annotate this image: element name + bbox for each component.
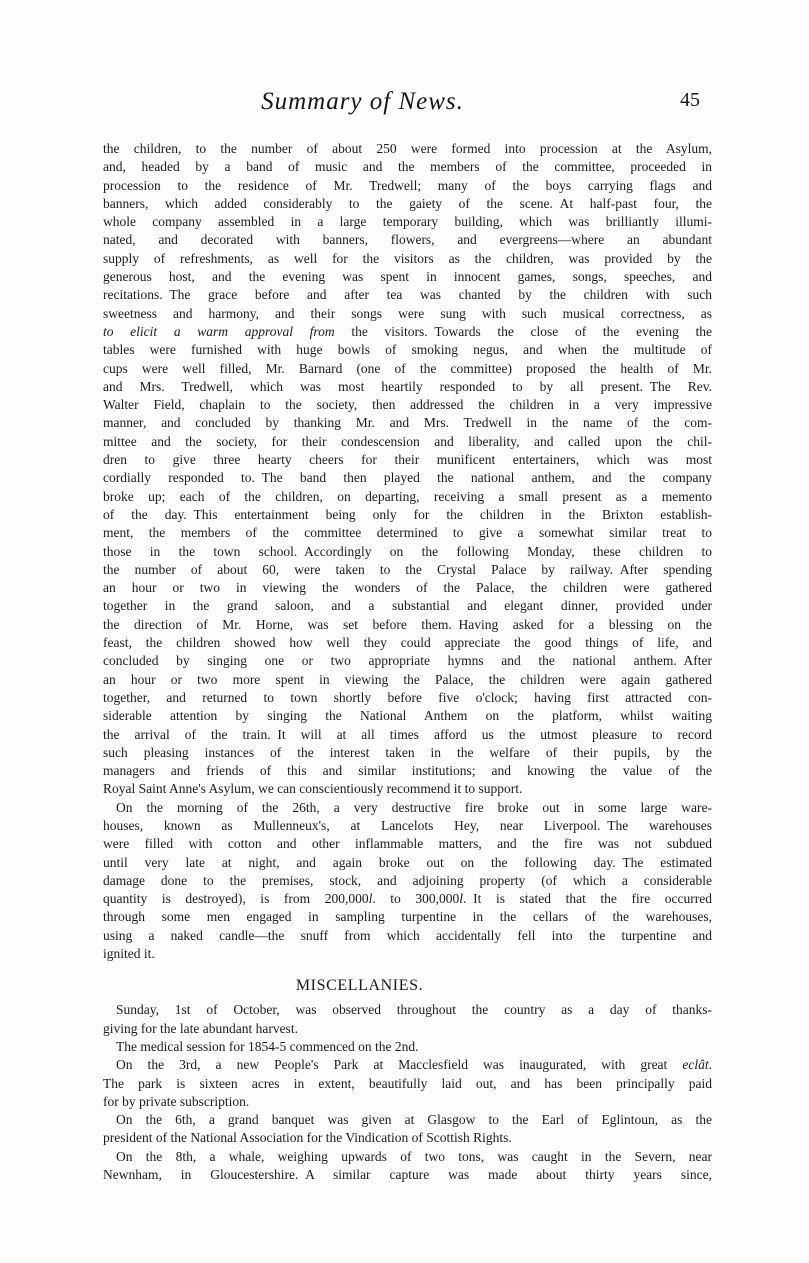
text-segment: The park is sixteen acres in extent, bea…	[103, 1076, 712, 1091]
text-line: damage done to the premises, stock, and …	[103, 872, 712, 890]
page: Summary of News. 45 the children, to the…	[0, 0, 809, 1263]
text-segment: cordially responded to. The band then pl…	[103, 470, 712, 485]
text-segment: the number of about 60, were taken to th…	[103, 562, 712, 577]
text-line: president of the National Association fo…	[103, 1129, 712, 1147]
text-line: manner, and concluded by thanking Mr. an…	[103, 414, 712, 432]
text-line: concluded by singing one or two appropri…	[103, 652, 712, 670]
text-segment: recitations. The grace before and after …	[103, 287, 712, 302]
italic-text: to elicit a warm approval from	[103, 324, 335, 339]
text-line: The medical session for 1854-5 commenced…	[103, 1038, 712, 1056]
text-line: whole company assembled in a large tempo…	[103, 213, 712, 231]
text-segment: broke up; each of the children, on depar…	[103, 489, 712, 504]
text-line: together, and returned to town shortly b…	[103, 689, 712, 707]
text-segment: the arrival of the train. It will at all…	[103, 727, 712, 742]
text-segment: president of the National Association fo…	[103, 1130, 512, 1145]
text-line: houses, known as Mullenneux's, at Lancel…	[103, 817, 712, 835]
text-segment: using a naked candle—the snuff from whic…	[103, 928, 712, 943]
paragraph: On the 3rd, a new People's Park at Maccl…	[103, 1056, 712, 1111]
text-segment: the children, to the number of about 250…	[103, 141, 712, 156]
text-line: feast, the children showed how well they…	[103, 634, 712, 652]
text-segment: feast, the children showed how well they…	[103, 635, 712, 650]
text-line: giving for the late abundant harvest.	[103, 1020, 712, 1038]
text-segment: an hour or two in viewing the wonders of…	[103, 580, 712, 595]
paragraph: The medical session for 1854-5 commenced…	[103, 1038, 712, 1056]
text-segment: for by private subscription.	[103, 1094, 249, 1109]
text-line: for by private subscription.	[103, 1093, 712, 1111]
text-line: together in the grand saloon, and a subs…	[103, 597, 712, 615]
text-segment: Walter Field, chaplain to the society, t…	[103, 397, 712, 412]
text-line: dren to give three hearty cheers for the…	[103, 451, 712, 469]
page-header: Summary of News. 45	[103, 88, 712, 140]
text-line: such pleasing instances of the interest …	[103, 744, 712, 762]
text-segment: ment, the members of the committee deter…	[103, 525, 712, 540]
text-line: the children, to the number of about 250…	[103, 140, 712, 158]
text-line: quantity is destroyed), is from 200,000l…	[103, 890, 712, 908]
text-line: mittee and the society, for their condes…	[103, 433, 712, 451]
text-line: and Mrs. Tredwell, which was most hearti…	[103, 378, 712, 396]
text-line: The park is sixteen acres in extent, bea…	[103, 1075, 712, 1093]
text-segment: . It is stated that the fire occurred	[463, 891, 712, 906]
text-segment: . to 300,000	[372, 891, 459, 906]
text-segment: quantity is destroyed), is from 200,000	[103, 891, 369, 906]
text-segment: Newnham, in Gloucestershire. A similar c…	[103, 1167, 712, 1182]
text-line: using a naked candle—the snuff from whic…	[103, 927, 712, 945]
text-line: Walter Field, chaplain to the society, t…	[103, 396, 712, 414]
text-line: the direction of Mr. Horne, was set befo…	[103, 616, 712, 634]
text-line: an hour or two more spent in viewing the…	[103, 671, 712, 689]
text-line: until very late at night, and again brok…	[103, 854, 712, 872]
text-segment: dren to give three hearty cheers for the…	[103, 452, 712, 467]
text-line: Newnham, in Gloucestershire. A similar c…	[103, 1166, 712, 1184]
text-segment: nated, and decorated with banners, flowe…	[103, 232, 712, 247]
text-line: siderable attention by singing the Natio…	[103, 707, 712, 725]
text-line: On the 6th, a grand banquet was given at…	[103, 1111, 712, 1129]
text-segment: through some men engaged in sampling tur…	[103, 909, 712, 924]
text-segment: supply of refreshments, as well for the …	[103, 251, 712, 266]
text-segment: the direction of Mr. Horne, was set befo…	[103, 617, 712, 632]
text-segment: were filled with cotton and other inflam…	[103, 836, 712, 851]
text-line: to elicit a warm approval from the visit…	[103, 323, 712, 341]
text-line: broke up; each of the children, on depar…	[103, 488, 712, 506]
text-line: supply of refreshments, as well for the …	[103, 250, 712, 268]
text-line: procession to the residence of Mr. Tredw…	[103, 177, 712, 195]
text-segment: On the 3rd, a new People's Park at Maccl…	[116, 1057, 682, 1072]
text-line: those in the town school. Accordingly on…	[103, 543, 712, 561]
text-segment: ignited it.	[103, 946, 155, 961]
text-line: Sunday, 1st of October, was observed thr…	[103, 1001, 712, 1019]
text-segment: Royal Saint Anne's Asylum, we can consci…	[103, 781, 522, 796]
text-segment: Sunday, 1st of October, was observed thr…	[116, 1002, 712, 1017]
text-segment: On the morning of the 26th, a very destr…	[116, 800, 712, 815]
text-segment: of the day. This entertainment being onl…	[103, 507, 712, 522]
text-segment: together, and returned to town shortly b…	[103, 690, 712, 705]
text-segment: giving for the late abundant harvest.	[103, 1021, 298, 1036]
text-line: recitations. The grace before and after …	[103, 286, 712, 304]
text-line: Royal Saint Anne's Asylum, we can consci…	[103, 780, 712, 798]
text-line: On the morning of the 26th, a very destr…	[103, 799, 712, 817]
text-segment: such pleasing instances of the interest …	[103, 745, 712, 760]
text-segment: tables were furnished with huge bowls of…	[103, 342, 712, 357]
text-line: were filled with cotton and other inflam…	[103, 835, 712, 853]
text-segment: an hour or two more spent in viewing the…	[103, 672, 712, 687]
text-line: On the 3rd, a new People's Park at Maccl…	[103, 1056, 712, 1074]
miscellanies-heading: MISCELLANIES.	[55, 976, 664, 996]
paragraph: On the 6th, a grand banquet was given at…	[103, 1111, 712, 1148]
text-segment: .	[709, 1057, 712, 1072]
text-segment: the visitors. Towards the close of the e…	[335, 324, 712, 339]
text-line: ment, the members of the committee deter…	[103, 524, 712, 542]
text-segment: until very late at night, and again brok…	[103, 855, 712, 870]
text-segment: generous host, and the evening was spent…	[103, 269, 712, 284]
text-segment: those in the town school. Accordingly on…	[103, 544, 712, 559]
text-line: ignited it.	[103, 945, 712, 963]
text-line: sweetness and harmony, and their songs w…	[103, 305, 712, 323]
paragraph: the children, to the number of about 250…	[103, 140, 712, 799]
text-line: of the day. This entertainment being onl…	[103, 506, 712, 524]
text-segment: On the 8th, a whale, weighing upwards of…	[116, 1149, 712, 1164]
text-segment: damage done to the premises, stock, and …	[103, 873, 712, 888]
text-segment: cups were well filled, Mr. Barnard (one …	[103, 361, 712, 376]
text-segment: managers and friends of this and similar…	[103, 763, 712, 778]
italic-text: eclât	[682, 1057, 708, 1072]
page-title: Summary of News.	[261, 88, 464, 116]
text-line: an hour or two in viewing the wonders of…	[103, 579, 712, 597]
text-line: nated, and decorated with banners, flowe…	[103, 231, 712, 249]
text-line: the arrival of the train. It will at all…	[103, 726, 712, 744]
text-segment: together in the grand saloon, and a subs…	[103, 598, 712, 613]
paragraph: On the 8th, a whale, weighing upwards of…	[103, 1148, 712, 1185]
page-content: Summary of News. 45 the children, to the…	[103, 88, 712, 1184]
text-segment: mittee and the society, for their condes…	[103, 434, 712, 449]
text-line: tables were furnished with huge bowls of…	[103, 341, 712, 359]
text-line: managers and friends of this and similar…	[103, 762, 712, 780]
text-segment: sweetness and harmony, and their songs w…	[103, 306, 712, 321]
article-body: the children, to the number of about 250…	[103, 140, 712, 963]
text-segment: banners, which added considerably to the…	[103, 196, 712, 211]
text-line: and, headed by a band of music and the m…	[103, 158, 712, 176]
text-segment: The medical session for 1854-5 commenced…	[116, 1039, 419, 1054]
text-segment: whole company assembled in a large tempo…	[103, 214, 712, 229]
paragraph: On the morning of the 26th, a very destr…	[103, 799, 712, 964]
text-segment: siderable attention by singing the Natio…	[103, 708, 712, 723]
text-line: banners, which added considerably to the…	[103, 195, 712, 213]
text-segment: manner, and concluded by thanking Mr. an…	[103, 415, 712, 430]
text-line: cordially responded to. The band then pl…	[103, 469, 712, 487]
text-line: On the 8th, a whale, weighing upwards of…	[103, 1148, 712, 1166]
page-number: 45	[680, 89, 700, 112]
text-segment: and Mrs. Tredwell, which was most hearti…	[103, 379, 712, 394]
text-line: the number of about 60, were taken to th…	[103, 561, 712, 579]
text-segment: concluded by singing one or two appropri…	[103, 653, 712, 668]
text-segment: procession to the residence of Mr. Tredw…	[103, 178, 712, 193]
miscellanies-body: Sunday, 1st of October, was observed thr…	[103, 1001, 712, 1184]
text-line: cups were well filled, Mr. Barnard (one …	[103, 360, 712, 378]
text-segment: houses, known as Mullenneux's, at Lancel…	[103, 818, 712, 833]
text-segment: and, headed by a band of music and the m…	[103, 159, 712, 174]
text-segment: On the 6th, a grand banquet was given at…	[116, 1112, 712, 1127]
text-line: through some men engaged in sampling tur…	[103, 908, 712, 926]
paragraph: Sunday, 1st of October, was observed thr…	[103, 1001, 712, 1038]
text-line: generous host, and the evening was spent…	[103, 268, 712, 286]
